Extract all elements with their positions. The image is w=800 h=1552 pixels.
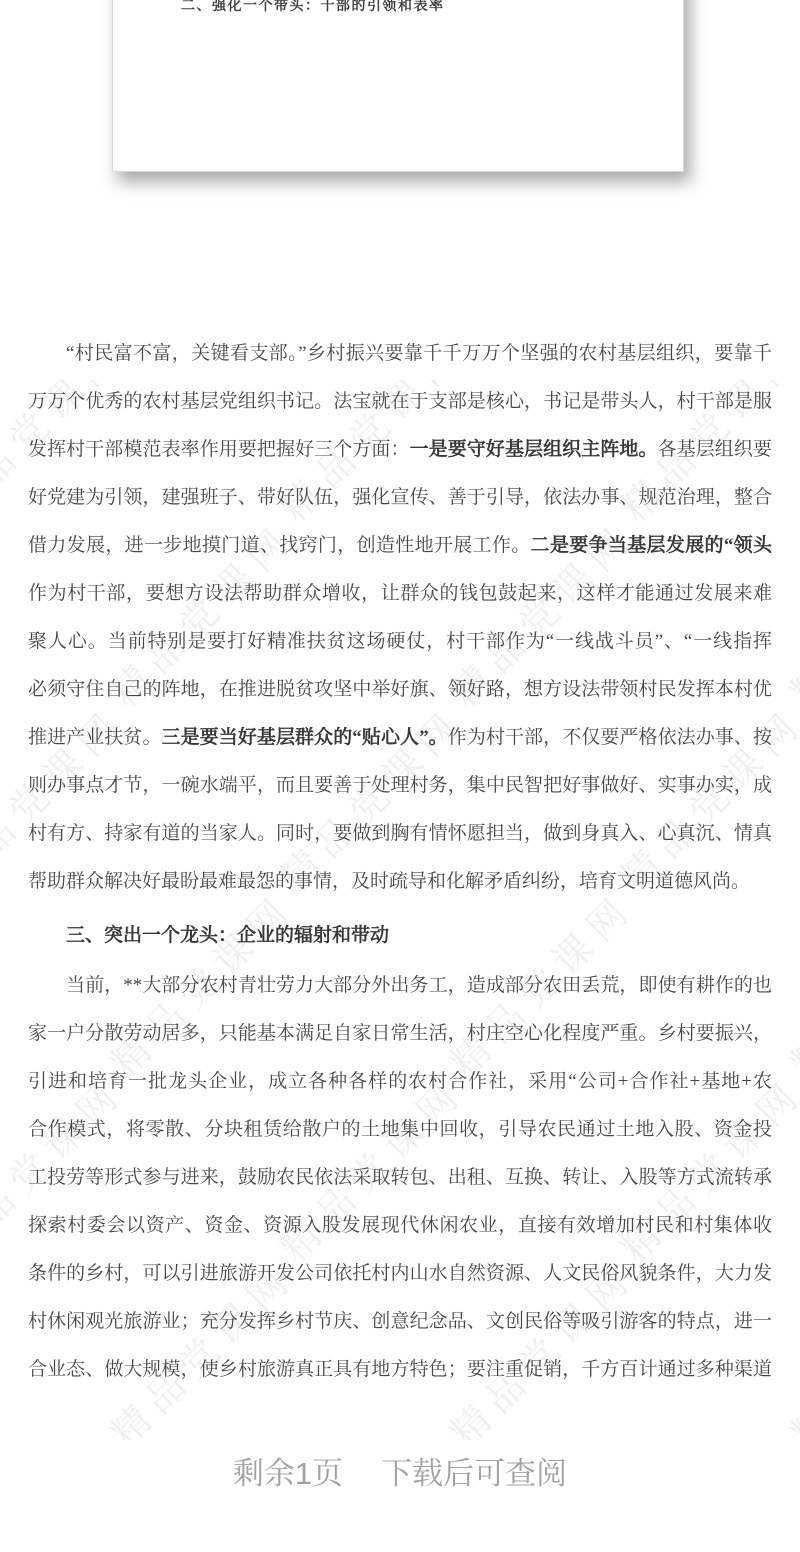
download-to-view-hint: 下载后可查阅 — [381, 1456, 567, 1491]
doc-segment: 家一户分散劳动居多，只能基本满足自家日常生活，村庄空心化程度严重。乡村要振兴，必… — [28, 1023, 772, 1058]
doc-heading-line: 三、突出一个龙头：企业的辐射和带动 — [28, 912, 772, 960]
doc-text-line: 必须守住自己的阵地，在推进脱贫攻坚中举好旗、领好路，想方设法带领村民发挥本村优势… — [28, 666, 772, 714]
doc-text-line: 聚人心。当前特别是要打好精准扶贫这场硬仗，村干部作为“一线战斗员”、“一线指挥员… — [28, 618, 772, 666]
doc-text-line: 推进产业扶贫。三是要当好基层群众的“贴心人”。作为村干部，不仅要严格依法办事、按… — [28, 714, 772, 762]
doc-text-line: “村民富不富，关键看支部。”乡村振兴要靠千千万万个坚强的农村基层组织，要靠千千 — [28, 330, 772, 378]
doc-segment: 则办事点才节，一碗水端平，而且要善于处理村务，集中民智把好事做好、实事办实，成为… — [28, 775, 772, 810]
doc-text-line: 合业态、做大规模，使乡村旅游真正具有地方特色；要注重促销，千方百计通过多种渠道扩… — [28, 1346, 772, 1394]
doc-text-line: 工投劳等形式参与进来，鼓励农民依法采取转包、出租、互换、转让、入股等方式流转承包… — [28, 1154, 772, 1202]
doc-text-line: 借力发展，进一步地摸门道、找窍门，创造性地开展工作。二是要争当基层发展的“领头雁… — [28, 522, 772, 570]
doc-segment: 作为村干部，要想方设法帮助群众增收，让群众的钱包鼓起来，这样才能通过发展来难题，… — [28, 583, 772, 618]
doc-text-line: 好党建为引领，建强班子、带好队伍，强化宣传、善于引导，依法办事、规范治理，整合资… — [28, 474, 772, 522]
doc-text-line: 合作模式，将零散、分块租赁给散户的土地集中回收，引导农民通过土地入股、资金投入、… — [28, 1106, 772, 1154]
watermark-text: 精品党课网 — [776, 508, 800, 717]
doc-segment: 合业态、做大规模，使乡村旅游真正具有地方特色；要注重促销，千方百计通过多种渠道扩… — [28, 1359, 772, 1394]
doc-text-line: 探索村委会以资产、资金、资源入股发展现代休闲农业，直接有效增加村民和村集体收入。… — [28, 1202, 772, 1250]
doc-segment: 探索村委会以资产、资金、资源入股发展现代休闲农业，直接有效增加村民和村集体收入。… — [28, 1215, 772, 1250]
doc-segment: 借力发展，进一步地摸门道、找窍门，创造性地开展工作。 — [28, 535, 531, 556]
doc-segment: 好党建为引领，建强班子、带好队伍，强化宣传、善于引导，依法办事、规范治理，整合资… — [28, 487, 772, 522]
doc-text-line: 万万个优秀的农村基层党组织书记。法宝就在于支部是核心，书记是带头人，村干部是服务… — [28, 378, 772, 426]
doc-bold-segment: 一是要守好基层组织主阵地。 — [410, 439, 658, 460]
doc-segment: 帮助群众解决好最盼最难最怨的事情，及时疏导和化解矛盾纠纷，培育文明道德风尚。 — [28, 871, 750, 892]
watermark-text: 精品党课网 — [776, 1248, 800, 1440]
doc-text-line: 发挥村干部模范表率作用要把握好三个方面：一是要守好基层组织主阵地。各基层组织要以… — [28, 426, 772, 474]
doc-segment: “村民富不富，关键看支部。”乡村振兴要靠千千万万个坚强的农村基层组织，要靠千千 — [28, 343, 772, 378]
doc-segment: 必须守住自己的阵地，在推进脱贫攻坚中举好旗、领好路，想方设法带领村民发挥本村优势… — [28, 679, 772, 714]
doc-segment: 推进产业扶贫。 — [28, 727, 162, 748]
section-heading-strengthen-lead: 二、强化一个带头：干部的引领和表率 — [181, 0, 445, 15]
doc-segment: 村有方、持家有道的当家人。同时，要做到胸有情怀愿担当，做到身真入、心真沉、情真融… — [28, 823, 772, 858]
doc-text-line: 当前，**大部分农村青壮劳力大部分外出务工，造成部分农田丢荒，即使有耕作的也是一 — [28, 962, 772, 1010]
doc-bold-segment: 三是要当好基层群众的“贴心人”。 — [162, 727, 448, 748]
doc-text-line: 家一户分散劳动居多，只能基本满足自家日常生活，村庄空心化程度严重。乡村要振兴，必… — [28, 1010, 772, 1058]
previous-page-card: 二、强化一个带头：干部的引领和表率 — [112, 0, 684, 172]
doc-text-line: 条件的乡村，可以引进旅游开发公司依托村内山水自然资源、人文民俗风貌条件，大力发展… — [28, 1250, 772, 1298]
document-preview-screen: 二、强化一个带头：干部的引领和表率 精品党课网精品党课网精品党课网精品党课网精品… — [0, 0, 800, 1552]
doc-segment: 引进和培育一批龙头企业，成立各种各样的农村合作社，采用“公司+合作社+基地+农户… — [28, 1071, 772, 1106]
doc-text-line: 作为村干部，要想方设法帮助群众增收，让群众的钱包鼓起来，这样才能通过发展来难题，… — [28, 570, 772, 618]
document-body: “村民富不富，关键看支部。”乡村振兴要靠千千万万个坚强的农村基层组织，要靠千千万… — [28, 330, 772, 1394]
doc-text-line: 则办事点才节，一碗水端平，而且要善于处理村务，集中民智把好事做好、实事办实，成为… — [28, 762, 772, 810]
doc-text-line: 帮助群众解决好最盼最难最怨的事情，及时疏导和化解矛盾纠纷，培育文明道德风尚。 — [28, 858, 772, 906]
doc-text-line: 村有方、持家有道的当家人。同时，要做到胸有情怀愿担当，做到身真入、心真沉、情真融… — [28, 810, 772, 858]
doc-text-line: 村休闲观光旅游业；充分发挥乡村节庆、创意纪念品、文创民俗等吸引游客的特点，进一步… — [28, 1298, 772, 1346]
remaining-pages-count: 剩余1页 — [233, 1456, 343, 1491]
remaining-pages-notice: 剩余1页下载后可查阅 — [0, 1448, 800, 1493]
doc-segment: 工投劳等形式参与进来，鼓励农民依法采取转包、出租、互换、转让、入股等方式流转承包… — [28, 1167, 772, 1202]
doc-segment: 条件的乡村，可以引进旅游开发公司依托村内山水自然资源、人文民俗风貌条件，大力发展… — [28, 1263, 772, 1298]
doc-segment: 当前，**大部分农村青壮劳力大部分外出务工，造成部分农田丢荒，即使有耕作的也是一 — [28, 975, 772, 1010]
watermark-text: 精品党课网 — [776, 878, 800, 1087]
doc-segment: 村休闲观光旅游业；充分发挥乡村节庆、创意纪念品、文创民俗等吸引游客的特点，进一步… — [28, 1311, 772, 1346]
doc-segment: 聚人心。当前特别是要打好精准扶贫这场硬仗，村干部作为“一线战斗员”、“一线指挥员… — [28, 631, 772, 666]
doc-text-line: 引进和培育一批龙头企业，成立各种各样的农村合作社，采用“公司+合作社+基地+农户… — [28, 1058, 772, 1106]
doc-segment: 万万个优秀的农村基层党组织书记。法宝就在于支部是核心，书记是带头人，村干部是服务… — [28, 391, 772, 426]
doc-bold-segment: 三、突出一个龙头：企业的辐射和带动 — [66, 925, 389, 946]
doc-segment: 发挥村干部模范表率作用要把握好三个方面： — [28, 439, 410, 460]
doc-segment: 合作模式，将零散、分块租赁给散户的土地集中回收，引导农民通过土地入股、资金投入、… — [28, 1119, 772, 1154]
